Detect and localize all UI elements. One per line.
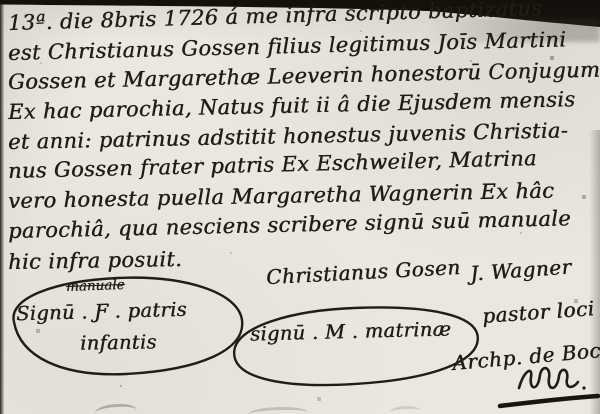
flourish-underline: [498, 394, 600, 410]
entry-line-4: Ex hac parochia, Natus fuit ii â die Eju…: [8, 87, 576, 124]
pastor-paraph-icon: [515, 364, 595, 396]
inserted-word-manuale: manuale: [66, 277, 125, 295]
next-entry-trace: [95, 403, 138, 414]
pastor-title: pastor loci: [481, 296, 595, 328]
next-entry-trace: [248, 406, 308, 414]
paper-speckles: [0, 0, 2, 2]
godmother-mark-circle: [224, 302, 486, 390]
entry-line-8: parochiâ, qua nesciens scribere signū su…: [8, 206, 571, 243]
father-signum-line2: infantis: [80, 330, 157, 354]
pastor-name: J. Wagner: [469, 254, 572, 285]
manuscript-scan: 13ª. die 8bris 1726 á me infra scripto b…: [0, 0, 600, 414]
next-entry-trace: [390, 405, 421, 414]
father-signum-line: Signū . Ƒ . patris: [16, 298, 187, 325]
godfather-signature: Christianus Gosen: [266, 255, 462, 289]
